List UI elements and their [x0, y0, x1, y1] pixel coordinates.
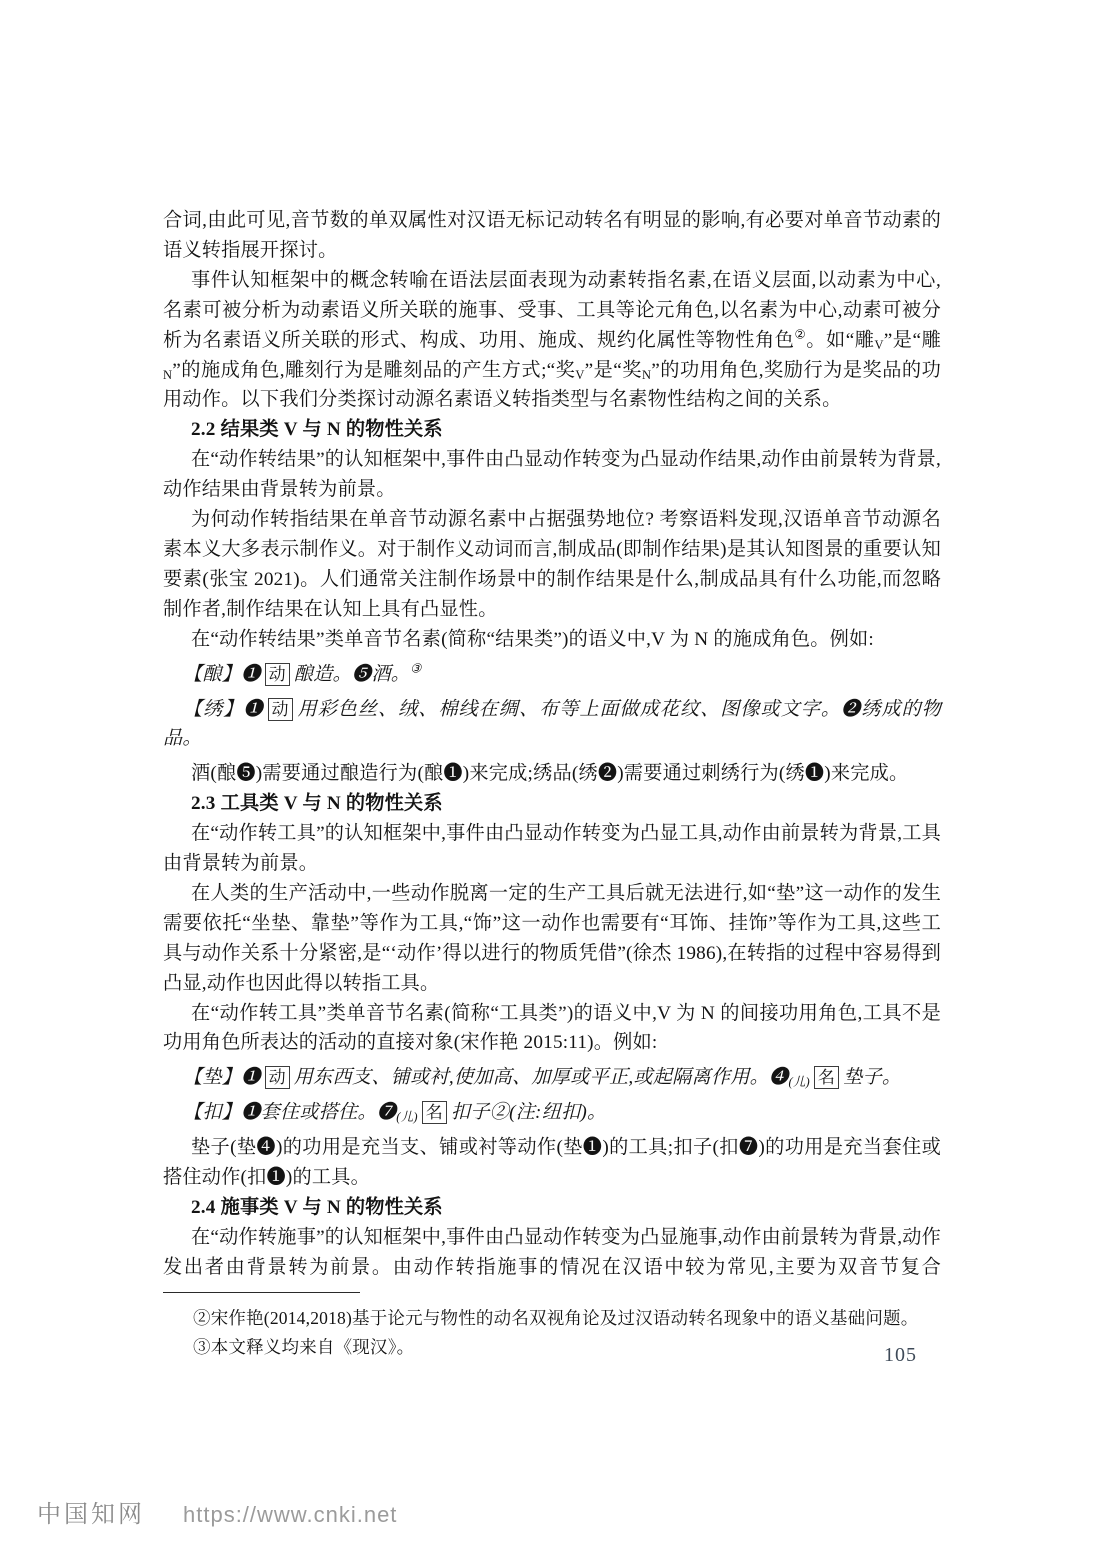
- text-run: 酿造。❺酒。: [294, 664, 410, 685]
- paragraph-agent-frame: 在“动作转施事”的认知框架中,事件由凸显动作转变为凸显施事,动作由前景转为背景,…: [163, 1223, 941, 1283]
- subscript-marker: N: [642, 368, 651, 382]
- text-run: 【酿】❶: [183, 664, 261, 685]
- section-heading-2-2: 2.2 结果类 V 与 N 的物性关系: [163, 415, 941, 445]
- text-run: 用东西支、铺或衬,使加高、加厚或平正,或起隔离作用。❹: [294, 1067, 789, 1088]
- dictionary-entry-kou: 【扣】❶套住或搭住。❼(儿)名扣子②(注:纽扣)。: [163, 1098, 941, 1128]
- body-paragraphs: 合词,由此可见,音节数的单双属性对汉语无标记动转名有明显的影响,有必要对单音节动…: [163, 206, 941, 1283]
- text-run: 垫子(垫❹)的功用是充当支、铺或衬等动作(垫❶)的工具;扣子(扣❼)的功用是充当…: [163, 1137, 941, 1188]
- superscript-marker: ③: [410, 661, 421, 675]
- footnotes: ②宋作艳(2014,2018)基于论元与物性的动名双视角论及过汉语动转名现象中的…: [163, 1304, 941, 1362]
- cnki-url-text: https://www.cnki.net: [183, 1502, 397, 1528]
- subscript-marker: (儿): [396, 1110, 417, 1124]
- text-run: 在“动作转结果”类单音节名素(简称“结果类”)的语义中,V 为 N 的施成角色。…: [191, 629, 874, 650]
- cnki-brand-text: 中国知网: [37, 1494, 145, 1529]
- text-run: 在“动作转结果”的认知框架中,事件由凸显动作转变为凸显动作结果,动作由前景转为背…: [163, 449, 941, 500]
- paragraph-dian-kou: 垫子(垫❹)的功用是充当支、铺或衬等动作(垫❶)的工具;扣子(扣❼)的功用是充当…: [163, 1133, 941, 1193]
- text-run: ”是“雕: [884, 330, 941, 351]
- text-run: 在人类的生产活动中,一些动作脱离一定的生产工具后就无法进行,如“垫”这一动作的发…: [163, 883, 941, 994]
- text-run: 垫子。: [843, 1067, 901, 1088]
- paragraph-why-result: 为何动作转指结果在单音节动源名素中占据强势地位? 考察语料发现,汉语单音节动源名…: [163, 505, 941, 625]
- text-run: 在“动作转工具”的认知框架中,事件由凸显动作转变为凸显工具,动作由前景转为背景,…: [163, 823, 941, 874]
- text-run: 在“动作转施事”的认知框架中,事件由凸显动作转变为凸显施事,动作由前景转为背景,…: [163, 1227, 941, 1278]
- footnote-3: ③本文释义均来自《现汉》。: [163, 1333, 941, 1362]
- text-run: 扣子②(注:纽扣)。: [451, 1102, 606, 1123]
- paragraph-result-class: 在“动作转结果”类单音节名素(简称“结果类”)的语义中,V 为 N 的施成角色。…: [163, 625, 941, 655]
- paragraph-production: 在人类的生产活动中,一些动作脱离一定的生产工具后就无法进行,如“垫”这一动作的发…: [163, 879, 941, 999]
- text-run: 【扣】❶套住或搭住。❼: [183, 1102, 396, 1123]
- subscript-marker: N: [163, 368, 172, 382]
- text-run: ”是“奖: [585, 360, 642, 381]
- paragraph-tool-class: 在“动作转工具”类单音节名素(简称“工具类”)的语义中,V 为 N 的间接功用角…: [163, 999, 941, 1059]
- footnote-divider: [163, 1292, 360, 1293]
- dictionary-entry-niang: 【酿】❶动酿造。❺酒。③: [163, 660, 941, 690]
- dictionary-entry-dian: 【垫】❶动用东西支、铺或衬,使加高、加厚或平正,或起隔离作用。❹(儿)名垫子。: [163, 1063, 941, 1093]
- page-text-block: 合词,由此可见,音节数的单双属性对汉语无标记动转名有明显的影响,有必要对单音节动…: [163, 206, 941, 1362]
- text-run: 为何动作转指结果在单音节动源名素中占据强势地位? 考察语料发现,汉语单音节动源名…: [163, 509, 941, 620]
- paper-page: 合词,由此可见,音节数的单双属性对汉语无标记动转名有明显的影响,有必要对单音节动…: [0, 0, 1102, 1559]
- paragraph-continuation: 合词,由此可见,音节数的单双属性对汉语无标记动转名有明显的影响,有必要对单音节动…: [163, 206, 941, 266]
- pos-label-box: 名: [814, 1066, 839, 1089]
- page-number: 105: [884, 1344, 917, 1367]
- text-run: 。如“雕: [806, 330, 874, 351]
- paragraph-event-frame: 事件认知框架中的概念转喻在语法层面表现为动素转指名素,在语义层面,以动素为中心,…: [163, 266, 941, 416]
- section-heading-2-4: 2.4 施事类 V 与 N 的物性关系: [163, 1193, 941, 1223]
- cnki-watermark: 中国知网 https://www.cnki.net: [37, 1494, 397, 1529]
- text-run: 【垫】❶: [183, 1067, 261, 1088]
- text-run: 2.2 结果类 V 与 N 的物性关系: [191, 419, 443, 440]
- text-run: 合词,由此可见,音节数的单双属性对汉语无标记动转名有明显的影响,有必要对单音节动…: [163, 210, 941, 261]
- text-run: 2.4 施事类 V 与 N 的物性关系: [191, 1197, 443, 1218]
- paragraph-tool-frame: 在“动作转工具”的认知框架中,事件由凸显动作转变为凸显工具,动作由前景转为背景,…: [163, 819, 941, 879]
- subscript-marker: V: [575, 368, 584, 382]
- pos-label-box: 动: [268, 698, 293, 721]
- pos-label-box: 动: [265, 1066, 290, 1089]
- section-heading-2-3: 2.3 工具类 V 与 N 的物性关系: [163, 789, 941, 819]
- text-run: ”的施成角色,雕刻行为是雕刻品的产生方式;“奖: [172, 360, 575, 381]
- paragraph-result-frame: 在“动作转结果”的认知框架中,事件由凸显动作转变为凸显动作结果,动作由前景转为背…: [163, 445, 941, 505]
- text-run: 【绣】❶: [183, 699, 264, 720]
- text-run: 在“动作转工具”类单音节名素(简称“工具类”)的语义中,V 为 N 的间接功用角…: [163, 1003, 941, 1054]
- text-run: 酒(酿❺)需要通过酿造行为(酿❶)来完成;绣品(绣❷)需要通过刺绣行为(绣❶)来…: [191, 763, 908, 784]
- dictionary-entry-xiu: 【绣】❶动用彩色丝、绒、棉线在绸、布等上面做成花纹、图像或文字。❷绣成的物品。: [163, 695, 941, 755]
- subscript-marker: (儿): [788, 1075, 809, 1089]
- paragraph-jiu-xiu: 酒(酿❺)需要通过酿造行为(酿❶)来完成;绣品(绣❷)需要通过刺绣行为(绣❶)来…: [163, 759, 941, 789]
- text-run: 2.3 工具类 V 与 N 的物性关系: [191, 793, 443, 814]
- pos-label-box: 动: [265, 663, 290, 686]
- superscript-marker: ②: [794, 327, 806, 341]
- footnote-2: ②宋作艳(2014,2018)基于论元与物性的动名双视角论及过汉语动转名现象中的…: [163, 1304, 941, 1333]
- subscript-marker: V: [875, 338, 884, 352]
- pos-label-box: 名: [422, 1101, 447, 1124]
